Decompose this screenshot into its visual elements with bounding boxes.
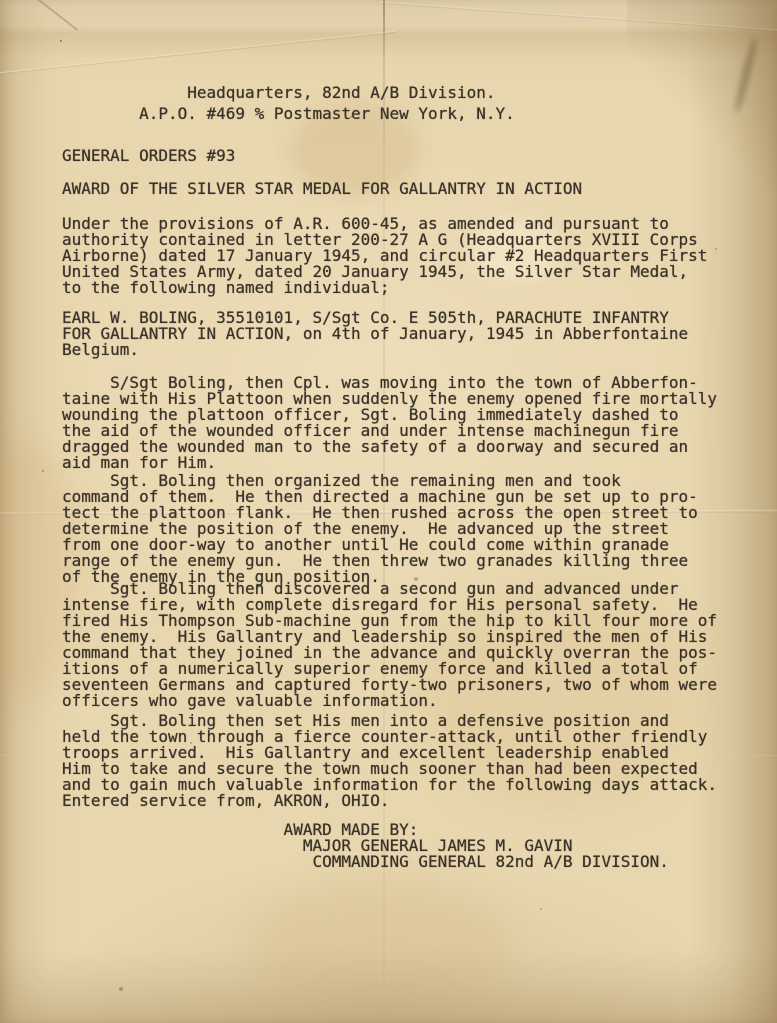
general-orders-number: GENERAL ORDERS #93 [62, 148, 235, 164]
letterhead: Headquarters, 82nd A/B Division. A.P.O. … [62, 82, 515, 124]
document-line: Belgium. [62, 342, 688, 358]
document-line: AWARD OF THE SILVER STAR MEDAL FOR GALLA… [62, 181, 582, 197]
document-line: Headquarters, 82nd A/B Division. [62, 82, 515, 103]
citation-paragraph-1: S/Sgt Boling, then Cpl. was moving into … [62, 375, 717, 471]
dust-specks [60, 40, 62, 42]
award-made-by: AWARD MADE BY: MAJOR GENERAL JAMES M. GA… [62, 822, 669, 870]
document-line: aid man for Him. [62, 455, 717, 471]
ink-smudge [733, 36, 760, 114]
citation-name: EARL W. BOLING, 35510101, S/Sgt Co. E 50… [62, 310, 688, 358]
award-title: AWARD OF THE SILVER STAR MEDAL FOR GALLA… [62, 181, 582, 197]
citation-paragraph-2: Sgt. Boling then organized the remaining… [62, 473, 698, 585]
document-line: officers who gave valuable information. [62, 693, 717, 709]
document-line: COMMANDING GENERAL 82nd A/B DIVISION. [62, 854, 669, 870]
document-line: FOR GALLANTRY IN ACTION, on 4th of Janua… [62, 326, 688, 342]
authority-paragraph: Under the provisions of A.R. 600-45, as … [62, 216, 707, 296]
document-line: Entered service from, AKRON, OHIO. [62, 793, 717, 809]
corner-crease-top-right [627, 0, 777, 190]
citation-paragraph-4: Sgt. Boling then set His men into a defe… [62, 713, 717, 809]
top-fold-crease-left [0, 31, 397, 76]
document-page: Headquarters, 82nd A/B Division. A.P.O. … [0, 0, 777, 1023]
top-fold-crease-right [380, 2, 777, 33]
document-line: to the following named individual; [62, 280, 707, 296]
citation-paragraph-3: Sgt. Boling then discovered a second gun… [62, 581, 717, 709]
document-line: A.P.O. #469 % Postmaster New York, N.Y. [62, 103, 515, 124]
corner-crease-top-left [0, 0, 78, 31]
document-line: GENERAL ORDERS #93 [62, 148, 235, 164]
stain [250, 880, 510, 1010]
